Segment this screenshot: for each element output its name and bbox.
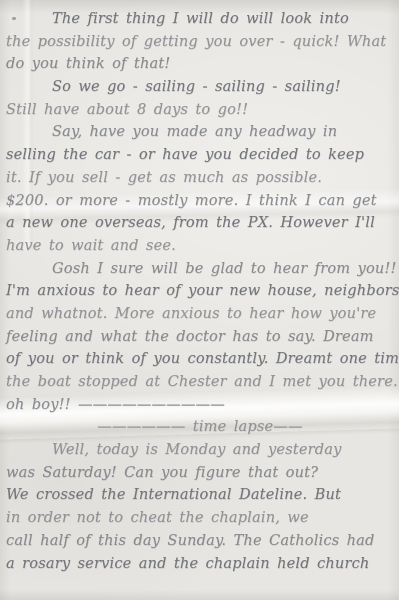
letter-line: have to wait and see. [6, 235, 394, 258]
letter-line: it. If you sell - get as much as possibl… [6, 167, 394, 190]
letter-line: We crossed the International Dateline. B… [6, 484, 394, 507]
letter-line: of you or think of you constantly. Dream… [6, 348, 394, 371]
letter-body: The first thing I will do will look into… [6, 8, 394, 575]
letter-line: in order not to cheat the chaplain, we [6, 507, 394, 530]
letter-line: do you think of that! [6, 53, 394, 76]
letter-line: oh boy!! —————————— [6, 394, 394, 417]
letter-line: and whatnot. More anxious to hear how yo… [6, 303, 394, 326]
letter-line: So we go - sailing - sailing - sailing! [6, 76, 394, 99]
letter-line: the possibility of getting you over - qu… [6, 31, 394, 54]
letter-line: call half of this day Sunday. The Cathol… [6, 530, 394, 553]
letter-line: was Saturday! Can you figure that out? [6, 462, 394, 485]
letter-line: selling the car - or have you decided to… [6, 144, 394, 167]
letter-line: Still have about 8 days to go!! [6, 99, 394, 122]
letter-line: Gosh I sure will be glad to hear from yo… [6, 258, 394, 281]
letter-line: The first thing I will do will look into [6, 8, 394, 31]
letter-line: $200. or more - mostly more. I think I c… [6, 190, 394, 213]
letter-line: a rosary service and the chaplain held c… [6, 553, 394, 576]
letter-line: —————— time lapse—— [6, 416, 394, 439]
letter-line: the boat stopped at Chester and I met yo… [6, 371, 394, 394]
letter-line: a new one overseas, from the PX. However… [6, 212, 394, 235]
letter-line: Say, have you made any headway in [6, 121, 394, 144]
letter-line: feeling and what the doctor has to say. … [6, 326, 394, 349]
letter-line: Well, today is Monday and yesterday [6, 439, 394, 462]
letter-line: I'm anxious to hear of your new house, n… [6, 280, 394, 303]
letter-page: The first thing I will do will look into… [0, 0, 399, 600]
